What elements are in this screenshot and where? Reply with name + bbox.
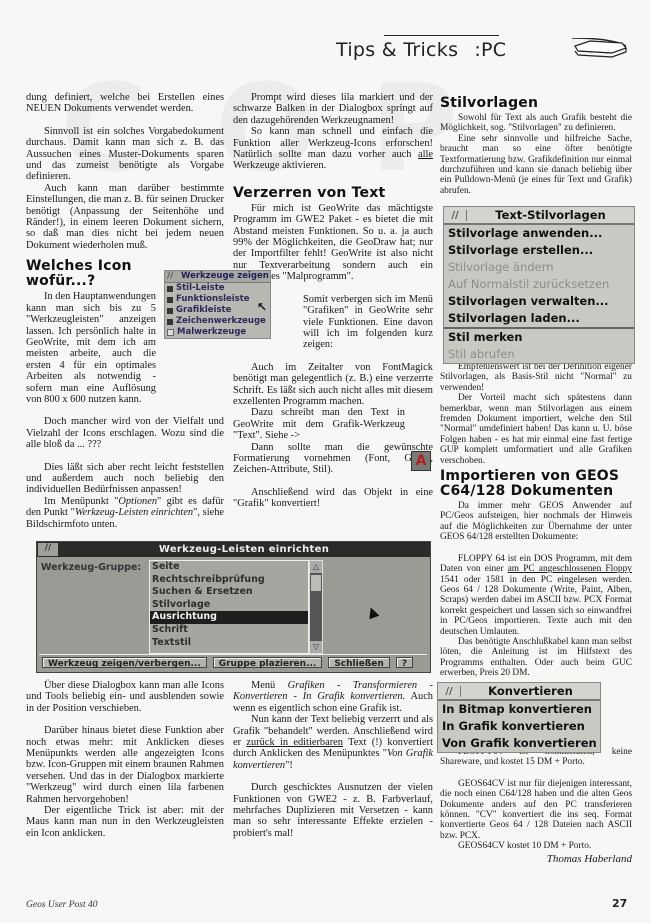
text-tool-icon: A xyxy=(411,451,431,471)
list-scrollbar[interactable]: △ ▽ xyxy=(309,560,323,654)
list-item[interactable]: Schrift xyxy=(150,624,308,637)
group-label: Werkzeug-Gruppe: xyxy=(41,562,141,573)
author-signature: Thomas Haberland xyxy=(440,854,632,864)
header-rule xyxy=(384,35,499,36)
checkbox-checked-icon xyxy=(167,308,173,314)
list-item[interactable]: Suchen & Ersetzen xyxy=(150,586,308,599)
column-3-mid: Empfehlenswert ist bei der Definition ei… xyxy=(440,362,632,679)
heading-importieren: Importieren von GEOS C64/128 Dokumenten xyxy=(440,469,632,499)
system-menu-icon[interactable]: // xyxy=(38,543,58,556)
toolbar-setup-dialog: // Werkzeug-Leisten einrichten Werkzeug-… xyxy=(36,541,431,673)
paragraph: Doch mancher wird von der Vielfalt und V… xyxy=(26,416,224,450)
paragraph: Anschließend wird das Objekt in eine "Gr… xyxy=(233,487,433,510)
paragraph: In den Hauptanwendungen kann man sich bi… xyxy=(26,291,156,405)
menu-item[interactable]: Funktionsleiste xyxy=(165,294,270,305)
menu-item-recall-style: Stil abrufen xyxy=(444,346,634,363)
heading-welches-icon: Welches Icon wofür...? xyxy=(26,259,156,289)
paragraph: GEOS64CV ist nur für diejenigen interess… xyxy=(440,779,632,841)
convert-menu: //Konvertieren In Bitmap konvertieren In… xyxy=(437,682,601,753)
scroll-up-arrow-icon[interactable]: △ xyxy=(310,561,322,573)
paragraph: Sinnvoll ist ein solches Vorgabedokument… xyxy=(26,126,224,183)
paragraph: So kann man schnell und einfach die Funk… xyxy=(233,126,433,172)
checkbox-checked-icon xyxy=(167,319,173,325)
mouse-cursor-icon: ↖ xyxy=(257,300,267,314)
paragraph: Nun kann der Text beliebig verzerrt und … xyxy=(233,714,433,771)
close-button[interactable]: Schließen xyxy=(328,657,389,668)
heading-stilvorlagen: Stilvorlagen xyxy=(440,96,632,111)
paragraph: Auch kann man darüber bestimmte Einstell… xyxy=(26,183,224,251)
menu-item[interactable]: Malwerkzeuge xyxy=(165,327,270,338)
menu-item[interactable]: Grafikleiste xyxy=(165,305,270,316)
dialog-title: Werkzeug-Leisten einrichten xyxy=(58,544,430,555)
menu-corner-icon: // xyxy=(444,210,467,221)
column-1-lower: Über diese Dialogbox kann man alle Icons… xyxy=(26,680,224,839)
list-item-selected[interactable]: Ausrichtung xyxy=(150,611,308,624)
paragraph: Da immer mehr GEOS Anwender auf PC/Geos … xyxy=(440,501,632,543)
paragraph: Der Vorteil macht sich spätestens dann b… xyxy=(440,393,632,466)
list-item[interactable]: Rechtschreibprüfung xyxy=(150,574,308,587)
menu-item-apply-style[interactable]: Stilvorlage anwenden... xyxy=(444,225,634,242)
menu-corner-icon: // xyxy=(167,271,181,282)
paragraph: GEOS64CV kostet 10 DM + Porto. xyxy=(440,841,632,851)
menu-title: //Werkzeuge zeigen xyxy=(165,271,270,283)
list-item[interactable]: Seite xyxy=(150,561,308,574)
paragraph: Somit verbergen sich im Menü "Grafiken" … xyxy=(303,294,433,351)
paragraph: Über diese Dialogbox kann man alle Icons… xyxy=(26,680,224,714)
menu-item-to-bitmap[interactable]: In Bitmap konvertieren xyxy=(438,701,600,718)
help-button[interactable]: ? xyxy=(396,657,413,668)
paragraph: Sowohl für Text als auch Grafik besteht … xyxy=(440,113,632,134)
publication-footer: Geos User Post 40 xyxy=(26,900,98,910)
page-number: 27 xyxy=(612,897,627,910)
menu-item-load-styles[interactable]: Stilvorlagen laden... xyxy=(444,310,634,327)
paragraph: Der eigentliche Trick ist aber: mit der … xyxy=(26,805,224,839)
scroll-down-arrow-icon[interactable]: ▽ xyxy=(310,641,322,653)
paragraph: Das benötigte Anschlußkabel kann man sel… xyxy=(440,637,632,679)
mouse-cursor-icon: ▲ xyxy=(365,603,381,622)
paragraph: Dann sollte man die gewünschte Formatier… xyxy=(233,442,433,476)
paragraph: Prompt wird dieses lila markiert und der… xyxy=(233,92,433,126)
checkbox-checked-icon xyxy=(167,286,173,292)
scroll-thumb[interactable] xyxy=(311,575,321,591)
platform-label: :PC xyxy=(474,39,506,61)
paragraph: Menü Grafiken - Transformieren - Konvert… xyxy=(233,680,433,714)
paragraph: Eine sehr sinnvolle und hilfreiche Sache… xyxy=(440,134,632,196)
menu-title: //Konvertieren xyxy=(438,683,600,701)
paragraph: Auch im Zeitalter von FontMagick benötig… xyxy=(233,362,433,408)
menu-item-change-style: Stilvorlage ändern xyxy=(444,259,634,276)
menu-item-remember-style[interactable]: Stil merken xyxy=(444,329,634,346)
place-group-button[interactable]: Gruppe plazieren... xyxy=(213,657,323,668)
show-tools-menu: //Werkzeuge zeigen Stil-Leiste Funktions… xyxy=(164,270,271,339)
paragraph: Dazu schreibt man den Text in GeoWrite m… xyxy=(233,407,405,441)
menu-item-manage-styles[interactable]: Stilvorlagen verwalten... xyxy=(444,293,634,310)
checkbox-unchecked-icon xyxy=(167,329,174,336)
checkbox-checked-icon xyxy=(167,297,173,303)
floppy-disk-drive-icon xyxy=(572,38,628,60)
heading-verzerren: Verzerren von Text xyxy=(233,186,433,201)
paragraph: Dies läßt sich aber recht leicht festste… xyxy=(26,462,224,496)
show-hide-tool-button[interactable]: Werkzeug zeigen/verbergen... xyxy=(42,657,207,668)
list-item[interactable]: Stilvorlage xyxy=(150,599,308,612)
list-item[interactable]: Textstil xyxy=(150,637,308,650)
menu-corner-icon: // xyxy=(438,686,461,697)
column-3-lower: FLOPPY64 ist kommerziell, keine Sharewar… xyxy=(440,747,632,864)
column-2-lower: Menü Grafiken - Transformieren - Konvert… xyxy=(233,680,433,839)
menu-item[interactable]: Zeichenwerkzeuge xyxy=(165,316,270,327)
dialog-title-bar: // Werkzeug-Leisten einrichten xyxy=(37,542,430,557)
paragraph: Im Menüpunkt "Optionen" gibt es dafür de… xyxy=(26,496,224,530)
menu-item-from-graphic[interactable]: Von Grafik konvertieren xyxy=(438,735,600,752)
section-title: Tips & Tricks xyxy=(336,39,458,61)
menu-item-to-graphic[interactable]: In Grafik konvertieren xyxy=(438,718,600,735)
column-3: Stilvorlagen Sowohl für Text als auch Gr… xyxy=(440,96,632,196)
paragraph: Empfehlenswert ist bei der Definition ei… xyxy=(440,362,632,393)
dialog-button-row: Werkzeug zeigen/verbergen... Gruppe plaz… xyxy=(39,654,427,670)
paragraph: FLOPPY 64 ist ein DOS Programm, mit dem … xyxy=(440,554,632,637)
paragraph: dung definiert, welche bei Erstellen ein… xyxy=(26,92,224,115)
menu-item-reset-normal: Auf Normalstil zurücksetzen xyxy=(444,276,634,293)
text-style-menu: //Text-Stilvorlagen Stilvorlage anwenden… xyxy=(443,206,635,364)
menu-item-create-style[interactable]: Stilvorlage erstellen... xyxy=(444,242,634,259)
paragraph: Durch geschicktes Ausnutzen der vielen F… xyxy=(233,782,433,839)
section-header: Tips & Tricks:PC xyxy=(336,39,506,61)
menu-item[interactable]: Stil-Leiste xyxy=(165,283,270,294)
magazine-page: C O P Tips & Tricks:PC dung definiert, w… xyxy=(0,0,650,923)
paragraph: Darüber hinaus bietet diese Funktion abe… xyxy=(26,725,224,805)
tool-group-list[interactable]: Seite Rechtschreibprüfung Suchen & Erset… xyxy=(149,560,309,654)
menu-title: //Text-Stilvorlagen xyxy=(444,207,634,225)
